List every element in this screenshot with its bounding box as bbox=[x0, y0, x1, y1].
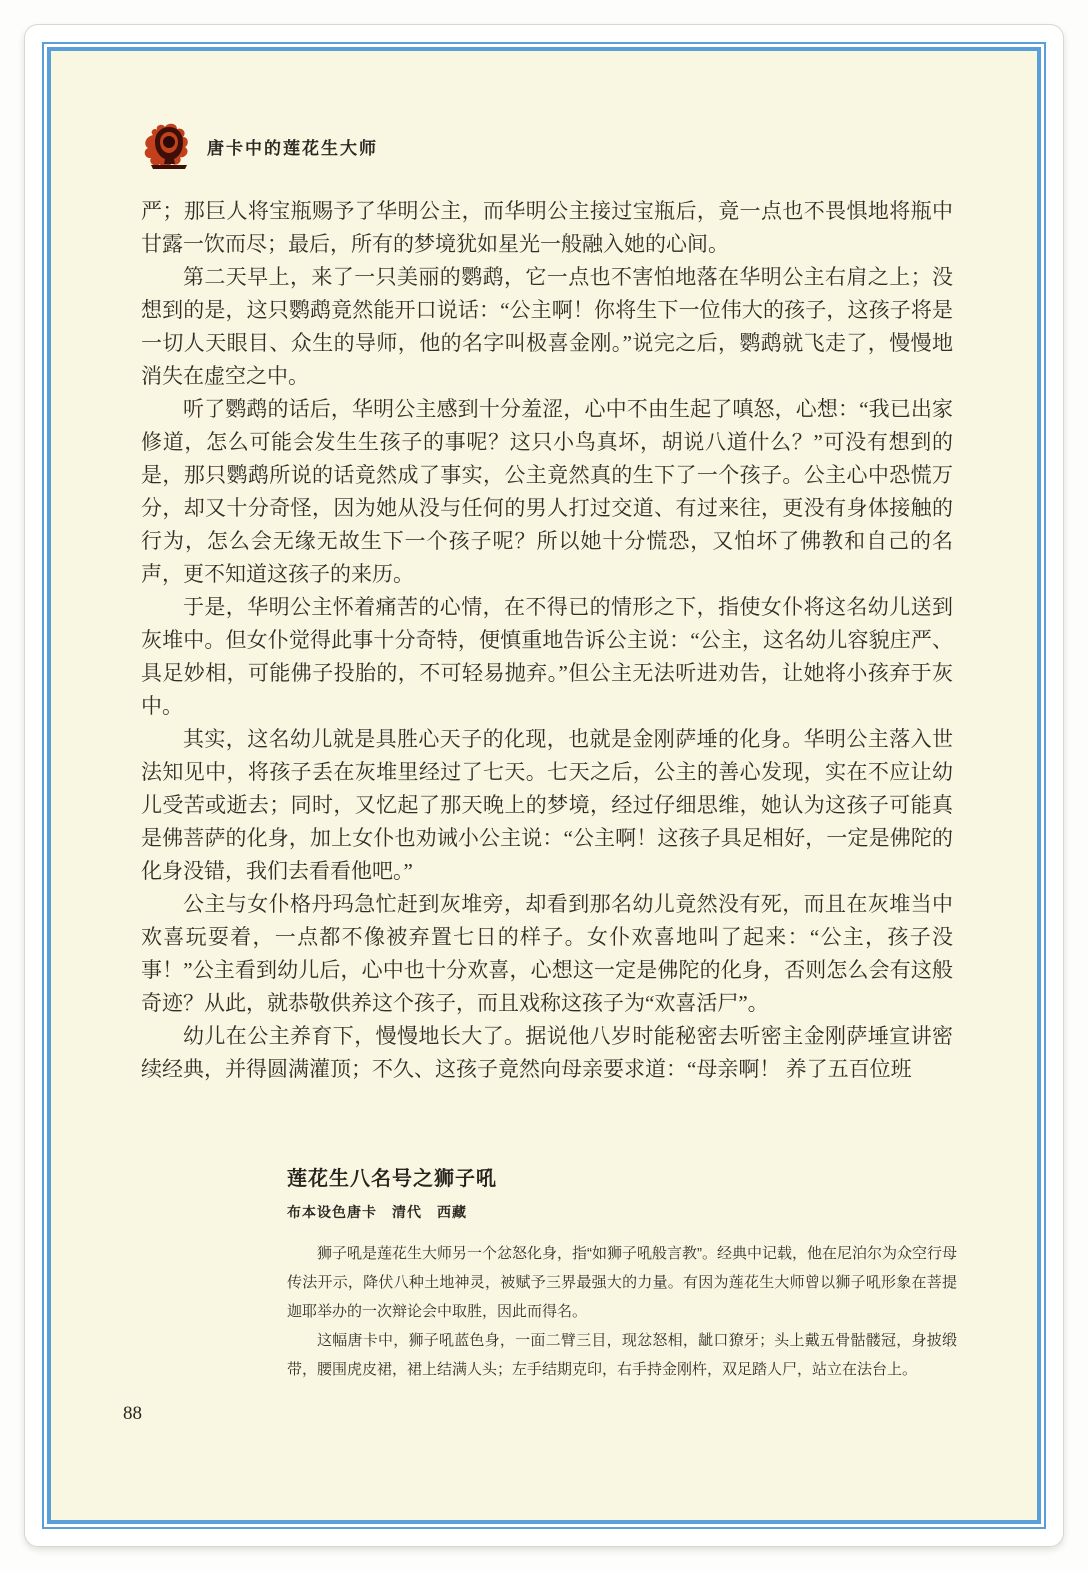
paragraph: 公主与女仆格丹玛急忙赶到灰堆旁，却看到那名幼儿竟然没有死，而且在灰堆当中欢喜玩耍… bbox=[141, 888, 953, 1020]
running-header: 唐卡中的莲花生大师 bbox=[141, 119, 953, 173]
paragraph: 其实，这名幼儿就是具胜心天子的化现，也就是金刚萨埵的化身。华明公主落入世法知见中… bbox=[141, 723, 953, 888]
paragraph: 于是，华明公主怀着痛苦的心情，在不得已的情形之下，指使女仆将这名幼儿送到灰堆中。… bbox=[141, 591, 953, 723]
outer-border-frame: 唐卡中的莲花生大师 严；那巨人将宝瓶赐予了华明公主，而华明公主接过宝瓶后，竟一点… bbox=[42, 42, 1046, 1529]
book-title: 唐卡中的莲花生大师 bbox=[207, 134, 378, 159]
caption-body: 狮子吼是莲花生大师另一个忿怒化身，指“如狮子吼般言教”。经典中记载，他在尼泊尔为… bbox=[287, 1239, 957, 1384]
page-content: 唐卡中的莲花生大师 严；那巨人将宝瓶赐予了华明公主，而华明公主接过宝瓶后，竟一点… bbox=[51, 51, 1037, 1520]
paragraph: 听了鹦鹉的话后，华明公主感到十分羞涩，心中不由生起了嗔怒，心想：“我已出家修道，… bbox=[141, 393, 953, 591]
caption-paragraph: 这幅唐卡中，狮子吼蓝色身，一面二臂三目，现忿怒相，龇口獠牙；头上戴五骨骷髅冠，身… bbox=[287, 1326, 957, 1384]
paragraph: 严；那巨人将宝瓶赐予了华明公主，而华明公主接过宝瓶后，竟一点也不畏惧地将瓶中甘露… bbox=[141, 195, 953, 261]
page-number: 88 bbox=[123, 1403, 142, 1425]
flame-seal-icon bbox=[141, 121, 197, 171]
caption-paragraph: 狮子吼是莲花生大师另一个忿怒化身，指“如狮子吼般言教”。经典中记载，他在尼泊尔为… bbox=[287, 1239, 957, 1326]
main-text: 严；那巨人将宝瓶赐予了华明公主，而华明公主接过宝瓶后，竟一点也不畏惧地将瓶中甘露… bbox=[141, 195, 953, 1086]
inner-border-frame: 唐卡中的莲花生大师 严；那巨人将宝瓶赐予了华明公主，而华明公主接过宝瓶后，竟一点… bbox=[47, 47, 1041, 1524]
thangka-caption: 莲花生八名号之狮子吼 布本设色唐卡 清代 西藏 狮子吼是莲花生大师另一个忿怒化身… bbox=[287, 1162, 957, 1384]
paragraph: 第二天早上，来了一只美丽的鹦鹉，它一点也不害怕地落在华明公主右肩之上；没想到的是… bbox=[141, 261, 953, 393]
book-page: 唐卡中的莲花生大师 严；那巨人将宝瓶赐予了华明公主，而华明公主接过宝瓶后，竟一点… bbox=[24, 24, 1064, 1547]
paragraph: 幼儿在公主养育下，慢慢地长大了。据说他八岁时能秘密去听密主金刚萨埵宣讲密续经典，… bbox=[141, 1020, 953, 1086]
caption-subtitle: 布本设色唐卡 清代 西藏 bbox=[287, 1202, 957, 1222]
caption-title: 莲花生八名号之狮子吼 bbox=[287, 1162, 957, 1191]
